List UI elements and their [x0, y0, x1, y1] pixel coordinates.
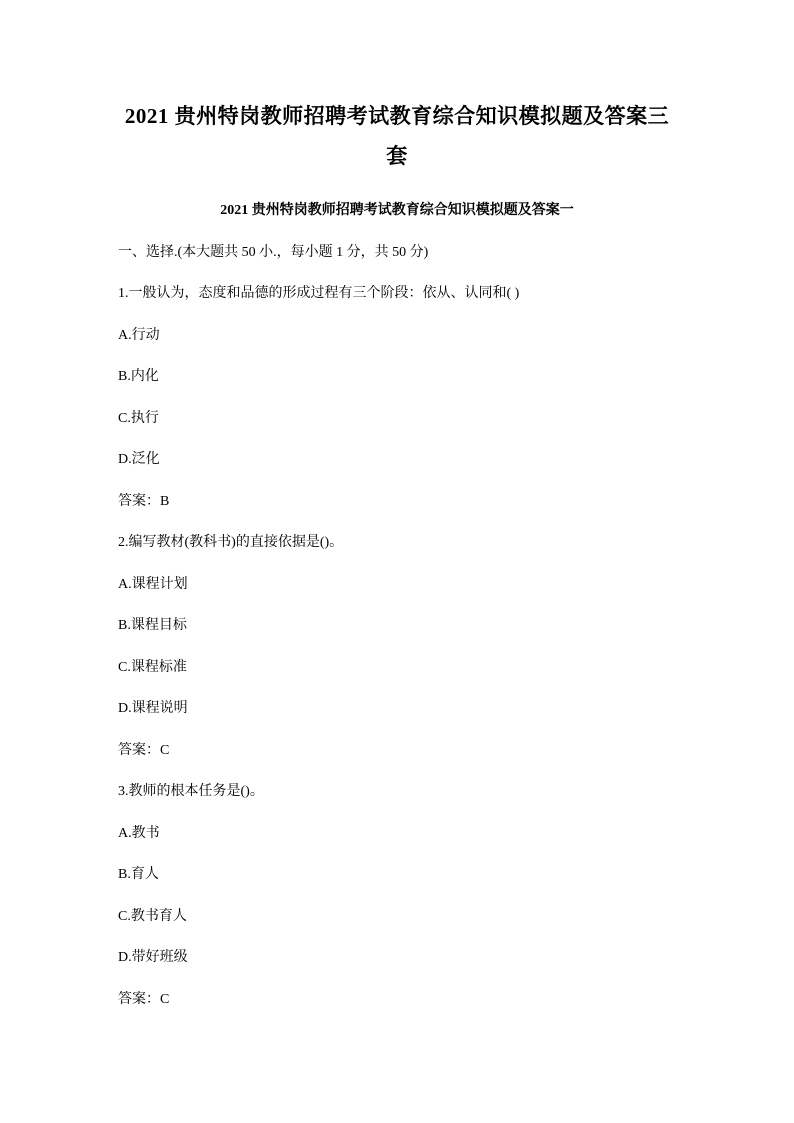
question-1-answer: 答案：B	[118, 492, 676, 512]
document-title-line-2: 套	[386, 144, 408, 168]
question-2-option-b: B.课程目标	[118, 616, 676, 636]
question-1-text: 1.一般认为，态度和品德的形成过程有三个阶段：依从、认同和( )	[118, 284, 676, 304]
question-1-option-b: B.内化	[118, 367, 676, 387]
section-heading: 一、选择.(本大题共 50 小.，每小题 1 分，共 50 分)	[118, 243, 676, 263]
document-title: 2021 贵州特岗教师招聘考试教育综合知识模拟题及答案三套	[60, 96, 734, 176]
question-3-option-d: D.带好班级	[118, 948, 676, 968]
question-2-answer: 答案：C	[118, 741, 676, 761]
question-3-text: 3.教师的根本任务是()。	[118, 782, 676, 802]
document-page: 2021 贵州特岗教师招聘考试教育综合知识模拟题及答案三套 2021 贵州特岗教…	[0, 0, 794, 1123]
document-body: 一、选择.(本大题共 50 小.，每小题 1 分，共 50 分) 1.一般认为，…	[118, 243, 676, 1010]
question-3-option-a: A.教书	[118, 824, 676, 844]
question-2-option-c: C.课程标准	[118, 658, 676, 678]
question-1-option-c: C.执行	[118, 409, 676, 429]
question-2-option-d: D.课程说明	[118, 699, 676, 719]
document-title-line-1: 2021 贵州特岗教师招聘考试教育综合知识模拟题及答案三	[125, 104, 669, 128]
question-2-text: 2.编写教材(教科书)的直接依据是()。	[118, 533, 676, 553]
question-3-answer: 答案：C	[118, 990, 676, 1010]
document-subtitle: 2021 贵州特岗教师招聘考试教育综合知识模拟题及答案一	[60, 201, 734, 221]
question-1-option-d: D.泛化	[118, 450, 676, 470]
question-3-option-b: B.育人	[118, 865, 676, 885]
question-2-option-a: A.课程计划	[118, 575, 676, 595]
question-3-option-c: C.教书育人	[118, 907, 676, 927]
question-1-option-a: A.行动	[118, 326, 676, 346]
